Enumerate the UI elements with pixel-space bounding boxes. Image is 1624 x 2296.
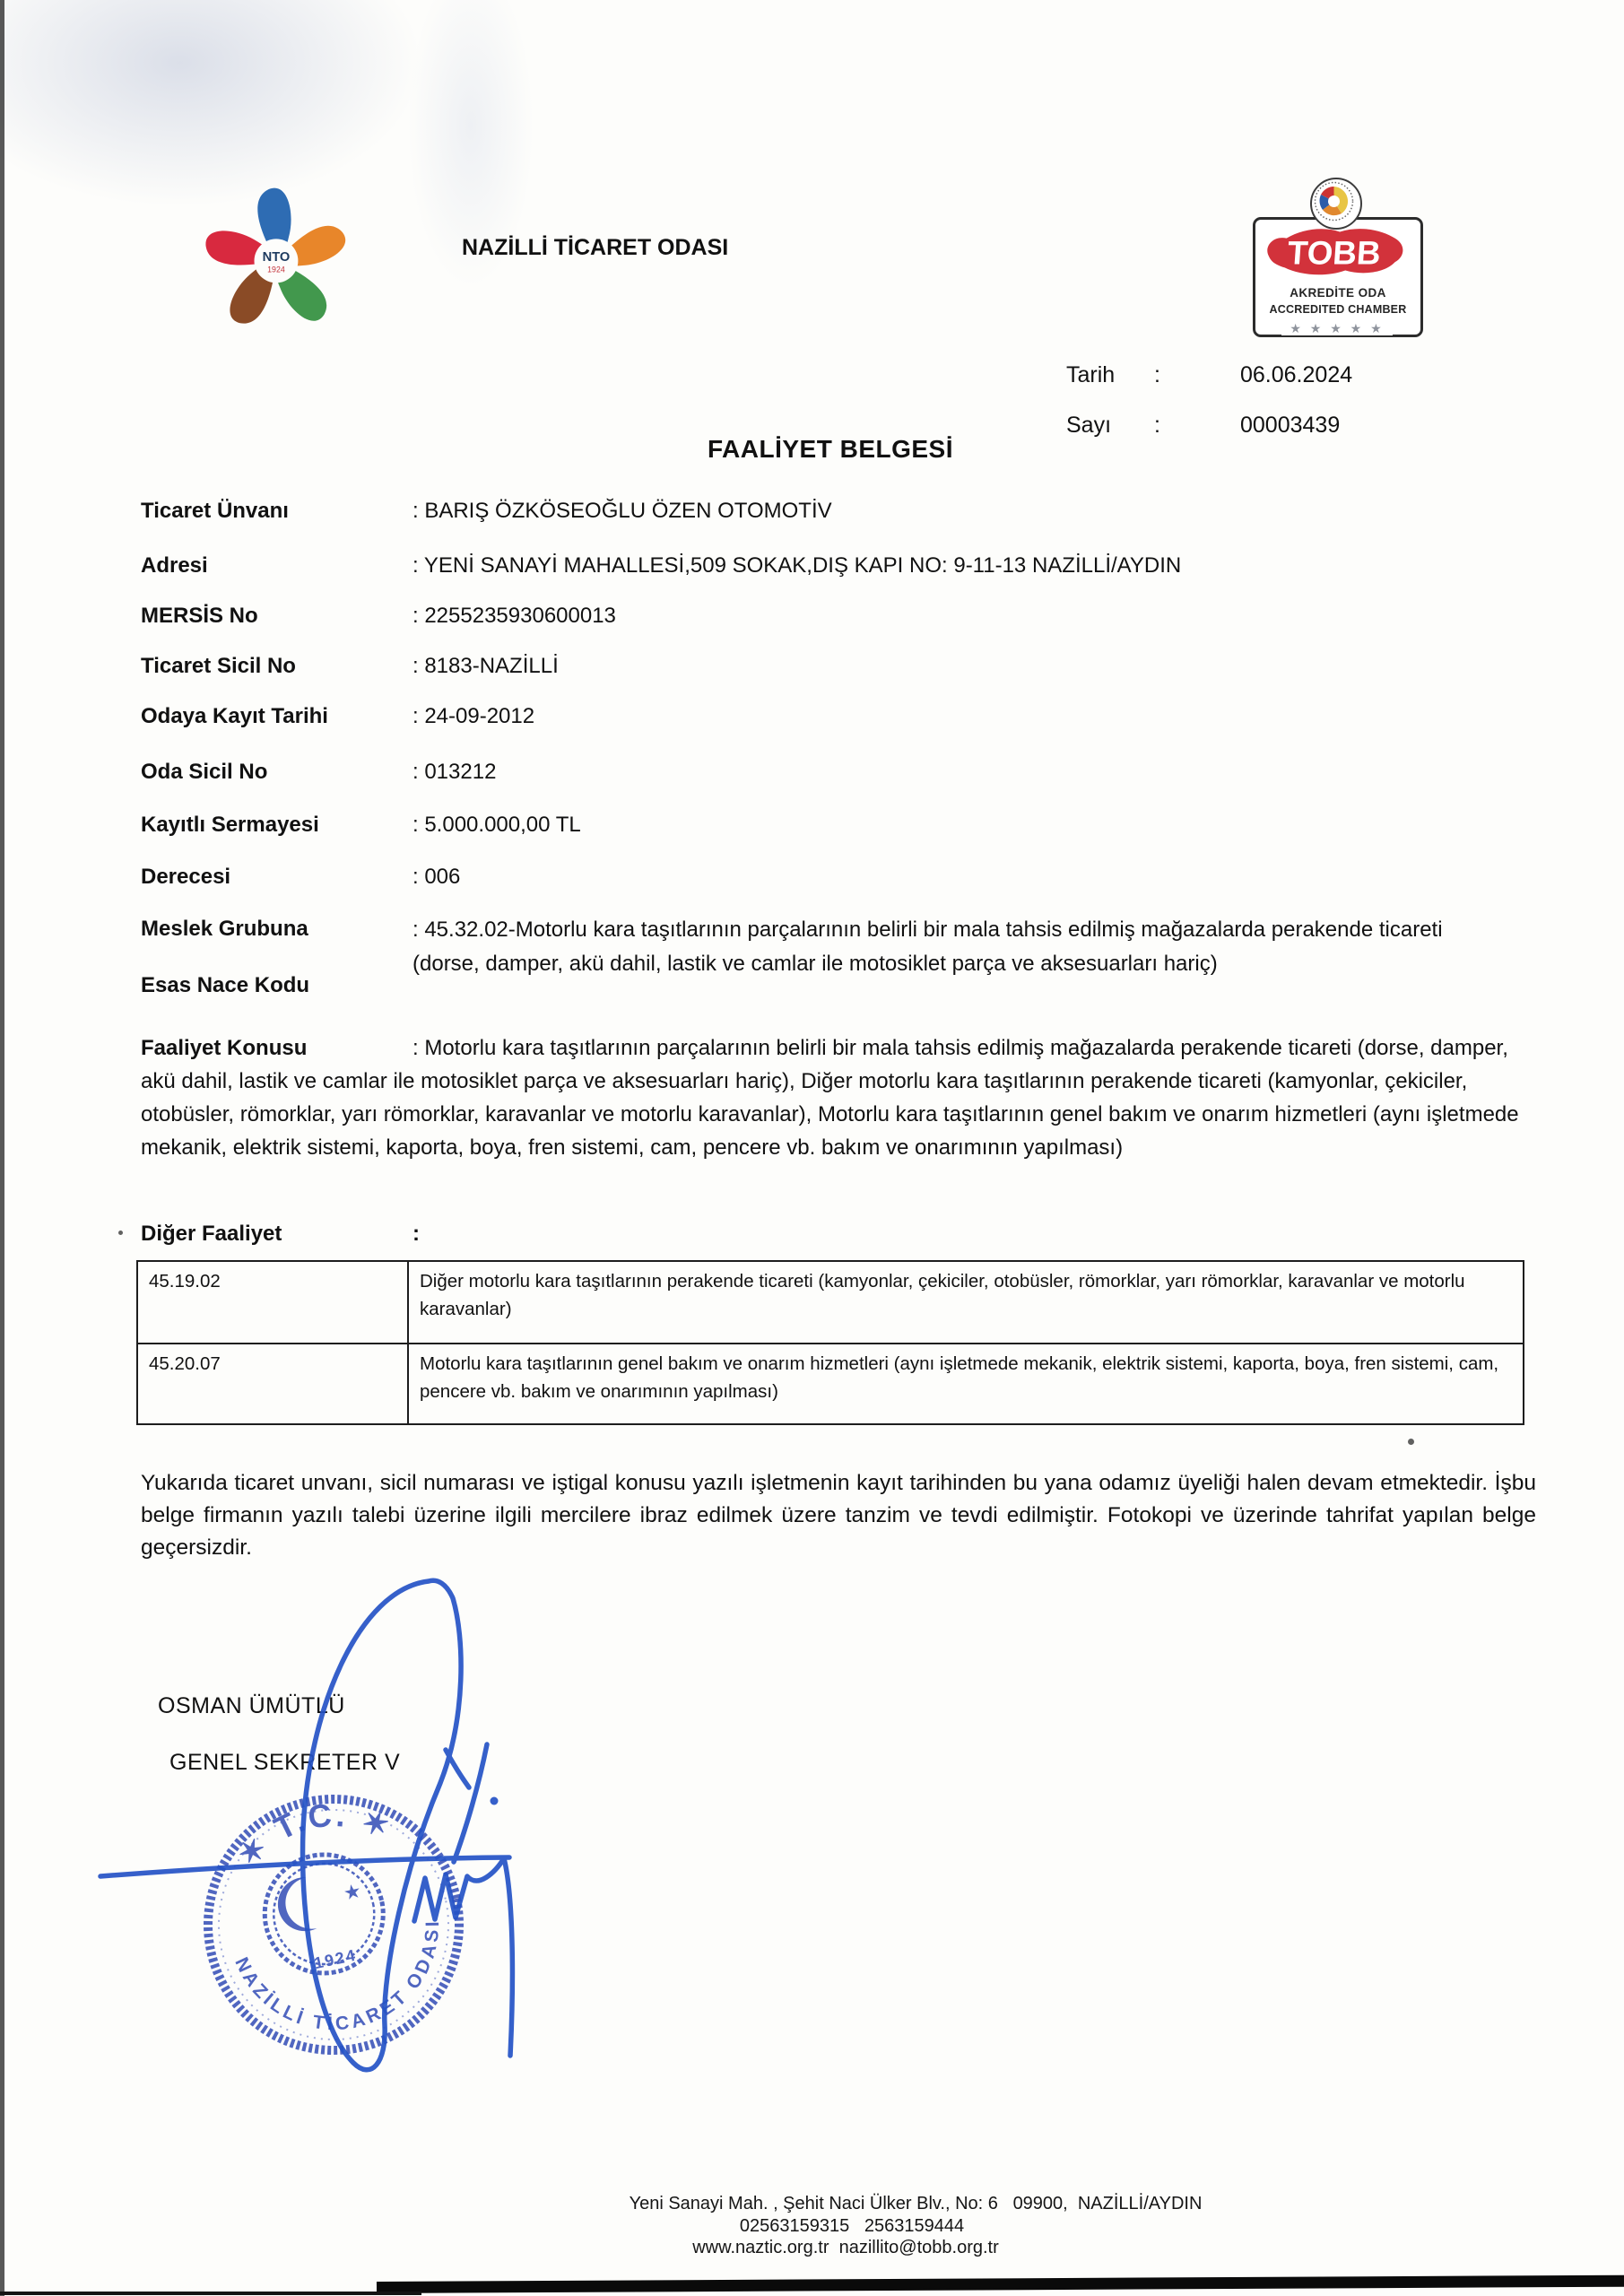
field-value: : 2255235930600013: [413, 604, 616, 629]
stamp-top-text: ✶ T.C. ✶: [222, 1780, 404, 1877]
pen-dot: [491, 1797, 499, 1805]
tobb-emblem-icon: [1310, 178, 1362, 230]
field-value: : YENİ SANAYİ MAHALLESİ,509 SOKAK,DIŞ KA…: [413, 553, 1181, 578]
scan-edge-line: [0, 0, 4, 2296]
tobb-wordmark: TOBB: [1286, 234, 1382, 271]
star-icon: ★: [342, 1879, 364, 1905]
field-value: : BARIŞ ÖZKÖSEOĞLU ÖZEN OTOMOTİV: [413, 499, 832, 524]
chamber-stamp-icon: ★ 1924 ✶ T.C. ✶ NAZİLLİ TİCARET ODASI: [184, 1772, 482, 2074]
footer-address: Yeni Sanayi Mah. , Şehit Naci Ülker Blv.…: [198, 2194, 1624, 2214]
field-value: : 013212: [413, 760, 496, 785]
esas-nace-kodu-label: Esas Nace Kodu: [141, 973, 309, 998]
nace-description-cell: Motorlu kara taşıtlarının genel bakım ve…: [408, 1344, 1524, 1424]
pen-signature: [100, 1580, 512, 2070]
meslek-value: : 45.32.02-Motorlu kara taşıtlarının par…: [413, 913, 1480, 981]
stamp-ring-text: NAZİLLİ TİCARET ODASI: [230, 1913, 462, 2054]
nto-acronym: NTO: [263, 250, 291, 265]
field-value: : 8183-NAZİLLİ: [413, 654, 559, 679]
tobb-accreditation-logo-icon: TOBB AKREDİTE ODA ACCREDITED CHAMBER ★ ★…: [1251, 178, 1423, 341]
tobb-frame: TOBB AKREDİTE ODA ACCREDITED CHAMBER: [1253, 217, 1423, 337]
faaliyet-konusu-label: Faaliyet Konusu: [141, 1031, 413, 1065]
tobb-accredited-chamber: ACCREDITED CHAMBER: [1255, 303, 1420, 316]
nto-chamber-logo-icon: NTO 1924: [195, 183, 353, 328]
field-value: : 006: [413, 865, 460, 890]
tobb-akredite-oda: AKREDİTE ODA: [1255, 286, 1420, 300]
field-value: : 24-09-2012: [413, 704, 534, 729]
faaliyet-konusu-paragraph: Faaliyet Konusu: Motorlu kara taşıtların…: [141, 1031, 1522, 1164]
closing-paragraph: Yukarıda ticaret unvanı, sicil numarası …: [141, 1467, 1536, 1564]
crescent-icon: [273, 1876, 317, 1936]
field-label: Derecesi: [141, 865, 230, 890]
date-label: Tarih: [1066, 362, 1115, 388]
nace-code-cell: 45.19.02: [137, 1261, 408, 1344]
scan-bottom-bar: [377, 2275, 1624, 2293]
field-label: MERSİS No: [141, 604, 258, 629]
date-colon: :: [1154, 362, 1160, 388]
nace-description-cell: Diğer motorlu kara taşıtlarının perakend…: [408, 1261, 1524, 1344]
signatory-name: OSMAN ÜMÜTLÜ: [158, 1693, 345, 1719]
field-label: Ticaret Ünvanı: [141, 499, 289, 524]
table-row: 45.20.07 Motorlu kara taşıtlarının genel…: [137, 1344, 1524, 1424]
tobb-stars-text: ★ ★ ★ ★ ★: [1281, 321, 1392, 335]
footer-web-email: www.naztic.org.tr nazillito@tobb.org.tr: [128, 2238, 1563, 2258]
scan-speck: [118, 1231, 123, 1235]
field-label: Kayıtlı Sermayesi: [141, 813, 319, 838]
chamber-name: NAZİLLİ TİCARET ODASI: [462, 235, 728, 261]
diger-faaliyet-label: Diğer Faaliyet: [141, 1222, 282, 1247]
diger-faaliyet-colon: :: [413, 1222, 420, 1247]
document-title: FAALİYET BELGESİ: [113, 435, 1548, 464]
scan-bottom-line: [0, 2292, 421, 2295]
scan-smudge: [0, 0, 421, 206]
table-row: 45.19.02 Diğer motorlu kara taşıtlarının…: [137, 1261, 1524, 1344]
tobb-stars-icon: ★ ★ ★ ★ ★: [1251, 321, 1423, 337]
nace-code-cell: 45.20.07: [137, 1344, 408, 1424]
signatory-title: GENEL SEKRETER V: [169, 1750, 400, 1776]
nace-codes-table: 45.19.02 Diğer motorlu kara taşıtlarının…: [136, 1260, 1524, 1425]
svg-text:NAZİLLİ TİCARET ODASI: NAZİLLİ TİCARET ODASI: [230, 1913, 462, 2054]
footer-phones: 02563159315 2563159444: [135, 2216, 1569, 2237]
scan-speck: [1408, 1439, 1414, 1445]
nto-year: 1924: [267, 265, 285, 274]
field-label: Oda Sicil No: [141, 760, 267, 785]
stamp-year: 1924: [312, 1946, 358, 1973]
certificate-page: NTO 1924 NAZİLLİ TİCARET ODASI TOBB AKRE…: [0, 0, 1624, 2296]
date-value: 06.06.2024: [1240, 362, 1352, 388]
meslek-grubuna-label: Meslek Grubuna: [141, 917, 308, 942]
field-label: Odaya Kayıt Tarihi: [141, 704, 328, 729]
field-label: Ticaret Sicil No: [141, 654, 296, 679]
field-value: : 5.000.000,00 TL: [413, 813, 581, 838]
field-label: Adresi: [141, 553, 208, 578]
svg-text:✶ T.C. ✶: ✶ T.C. ✶: [222, 1780, 404, 1877]
